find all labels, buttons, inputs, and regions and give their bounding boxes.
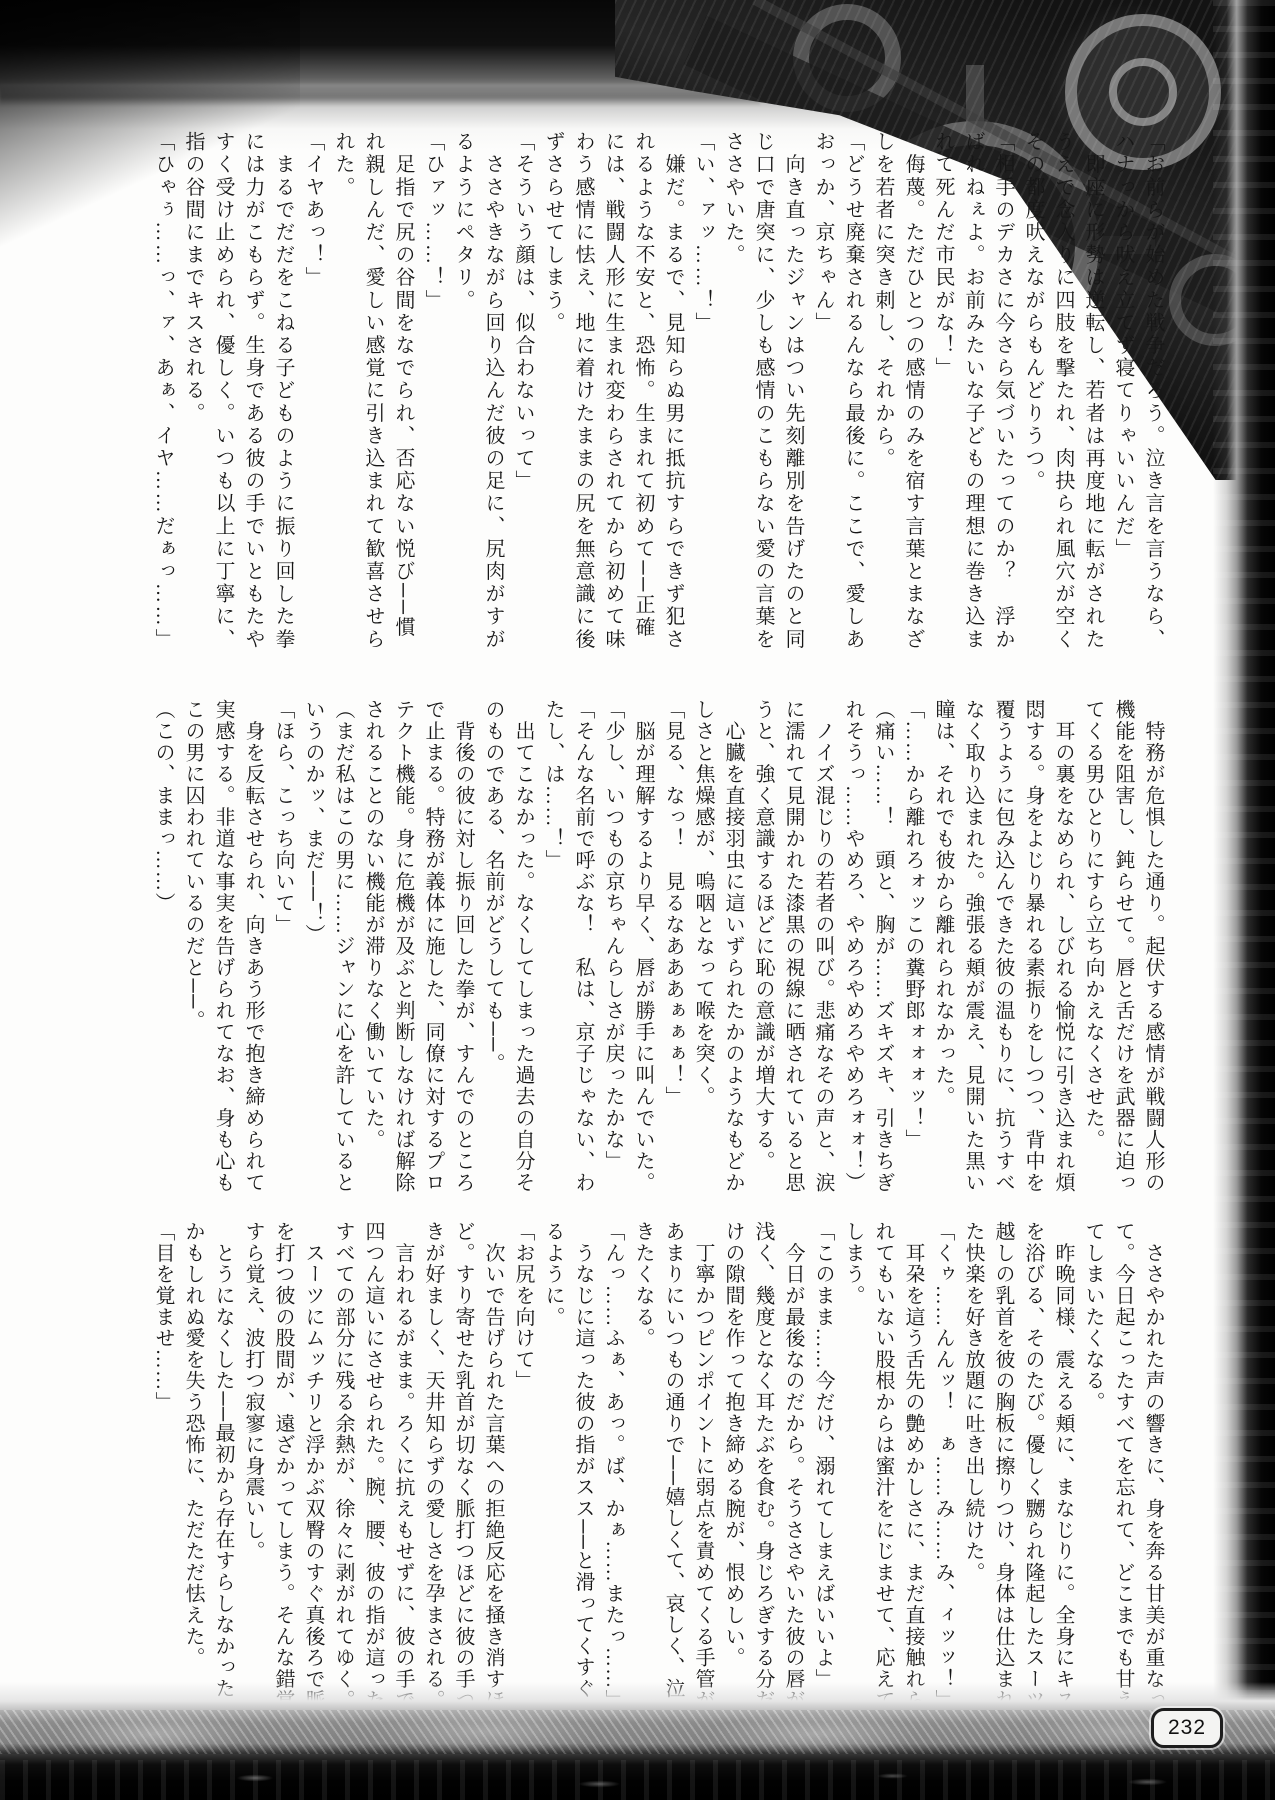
text-column: すべての部分に残る余熱が、徐々に剥がれてゆく。 [328,1221,358,1713]
text-column: （痛い……！ 頭と、胸が……ズキズキ、引きちぎ [868,699,898,1196]
text-column: 「ひァッ……！」 [418,131,448,661]
hatch-texture [0,1710,1275,1754]
top-border-pipe [0,84,760,106]
text-column: 次いで告げられた言葉への拒絶反応を掻き消すほ [478,1221,508,1713]
text-column: 「見る、なっ！ 見るなあああぁぁぁ！」 [658,699,688,1196]
text-column: れて死んだ市民がな！」 [928,131,958,661]
text-column: てしまいたくなる。 [1078,1221,1108,1713]
text-column: 言われるがまま。ろくに抗えもせずに、彼の手で [388,1221,418,1713]
text-column: 耳朶を這う舌先の艶めかしさに、まだ直接触れら [898,1221,928,1713]
text-band-top: 「お前らが始めた戦争だろう。泣き言を言うなら、ハナっから吠え立てず寝てりゃいいん… [148,131,1168,661]
lower-gear-icon [1175,260,1255,340]
text-column: 悶する。身をよじり暴れる素振りをしつつ、背中を [1018,699,1048,1196]
text-column: 「くゥ……んんッ！ ぁ……み……み、ィッッ！」 [928,1221,958,1713]
text-column: しを若者に突き刺し、それから。 [868,131,898,661]
text-column: まるでだだをこねる子どものように振り回した拳 [268,131,298,661]
text-column: ささやかれた声の響きに、身を奔る甘美が重なっ [1138,1221,1168,1713]
text-column: この男に囚われているのだと──。 [178,699,208,1196]
text-column: 心臓を直接羽虫に這いずられたかのようなもどか [718,699,748,1196]
small-gear-icon [801,12,893,104]
text-column: あまりにいつもの通りで──嬉しくて、哀しく、泣 [658,1221,688,1713]
text-column: 瞳は、それでも彼から離れられなかった。 [928,699,958,1196]
text-column: 侮蔑。ただひとつの感情のみを宿す言葉とまなざ [898,131,928,661]
text-band-bottom: ささやかれた声の響きに、身を奔る甘美が重なって。今日起こったすべてを忘れて、どこ… [148,1221,1168,1713]
text-column: 浅く、幾度となく耳たぶを食む。身じろぎする分だ [748,1221,778,1713]
text-column: れた。 [328,131,358,661]
text-column: テクト機能。身に危機が及ぶと判断しなければ解除 [388,699,418,1196]
text-column: 向き直ったジャンはつい先刻離別を告げたのと同 [778,131,808,661]
text-column: 即座に形勢は逆転し、若者は再度地に転がされた [1078,131,1108,661]
text-column: れそうっ……やめろ、やめろやめろやめろォォ！） [838,699,868,1196]
text-column: おっか、京ちゃん」 [808,131,838,661]
text-column: 「ひゃぅ……っ、ァ、あぁ、イヤ……だぁっ……」 [148,131,178,661]
text-column: 「そういう顔は、似合わないって」 [508,131,538,661]
text-column: で止まる。特務が義体に施した、同僚に対するプロ [418,699,448,1196]
text-column: とうになくした──最初から存在すらしなかった [208,1221,238,1713]
text-column: 「どうせ廃棄されるんなら最後に。ここで、愛しあ [838,131,868,661]
text-column: うなじに這った彼の指がスス──と滑ってくすぐ [568,1221,598,1713]
text-column: を打つ彼の股間が、遠ざかってしまう。そんな錯覚 [268,1221,298,1713]
text-column: わう感情に怯え、地に着けたままの尻を無意識に後 [568,131,598,661]
text-column: 耳の裏をなめられ、しびれる愉悦に引き込まれ煩 [1048,699,1078,1196]
text-column: には力がこもらず。生身である彼の手でいともたや [238,131,268,661]
text-column: すく受け止められ、優しく。いつも以上に丁寧に、 [208,131,238,661]
upper-gear-hub-icon [1113,62,1173,122]
text-column: スーツにムッチリと浮かぶ双臀のすぐ真後ろで脈 [298,1221,328,1713]
text-column: じ口で唐突に、少しも感情のこもらない愛の言葉を [748,131,778,661]
text-column: 四つん這いにさせられた。腕、腰、彼の指が這った [358,1221,388,1713]
text-column: れるような不安と、恐怖。生まれて初めて──正確 [628,131,658,661]
text-column: 脳が理解するより早く、唇が勝手に叫んでいた。 [628,699,658,1196]
book-page: 「お前らが始めた戦争だろう。泣き言を言うなら、ハナっから吠え立てず寝てりゃいいん… [0,0,1275,1800]
text-column: しまう。 [838,1221,868,1713]
text-column: のものである、名前がどうしても──。 [478,699,508,1196]
text-column: けの隙間を作って抱き締める腕が、恨めしい。 [718,1221,748,1713]
text-column: きたくなる。 [628,1221,658,1713]
page-number: 232 [1168,1716,1206,1740]
text-column: ずさらせてしまう。 [538,131,568,661]
text-column: に濡れて見開かれた漆黒の視線に晒されていると思 [778,699,808,1196]
text-column: 「このまま……今だけ、溺れてしまえばいいよ」 [808,1221,838,1713]
text-column: 「お前らが始めた戦争だろう。泣き言を言うなら、 [1138,131,1168,661]
text-column: るようにペタリ。 [448,131,478,661]
text-column: 丁寧かつピンポイントに弱点を責めてくる手管が [688,1221,718,1713]
text-column: きが好ましく、天井知らずの愛しさを孕まされる。 [418,1221,448,1713]
text-column: には、戦闘人形に生まれ変わらされてから初めて味 [598,131,628,661]
text-column: ささやいた。 [718,131,748,661]
text-column: て。今日起こったすべてを忘れて、どこまでも甘え [1108,1221,1138,1713]
text-column: うと、強く意識するほどに恥の意識が増大する。 [748,699,778,1196]
text-column: その都度吠えながらもんどりうつ。 [1018,131,1048,661]
text-column: いうのかッ、まだ──！） [298,699,328,1196]
text-column: てくる男ひとりにすら立ち向かえなくさせた。 [1078,699,1108,1196]
text-column: 嫌だ。まるで、見知らぬ男に抵抗すらできず犯さ [658,131,688,661]
text-band-middle: 特務が危惧した通り。起伏する感情が戦闘人形の機能を阻害し、鈍らせて。唇と舌だけを… [148,699,1168,1196]
text-column: 特務が危惧した通り。起伏する感情が戦闘人形の [1138,699,1168,1196]
text-column: た快楽を好き放題に吐き出し続けた。 [958,1221,988,1713]
text-column: ノイズ混じりの若者の叫び。悲痛なその声と、涙 [808,699,838,1196]
text-column: 「相手のデカさに今さら気づいたってのか？ 浮か [988,131,1018,661]
debris-texture [0,1760,1275,1800]
text-column: 「い、ァッ……！」 [688,131,718,661]
text-column: 機能を阻害し、鈍らせて。唇と舌だけを武器に迫っ [1108,699,1138,1196]
right-edge-binding [1213,0,1275,1800]
top-border-shadow [0,0,1275,150]
text-column: ハナっから吠え立てず寝てりゃいいんだ」 [1108,131,1138,661]
text-column: るように。 [538,1221,568,1713]
text-column: 背後の彼に対し振り回した拳が、すんでのところ [448,699,478,1196]
text-column: 「……から離れろォッこの糞野郎ォォォッ！」 [898,699,928,1196]
text-column: （まだ私はこの男に……ジャンに心を許していると [328,699,358,1196]
text-column: 昨晩同様、震える頬に、まなじりに。全身にキス [1048,1221,1078,1713]
text-column: 「目を覚ませ……」 [148,1221,178,1713]
text-column: 指の谷間にまでキスされる。 [178,131,208,661]
text-column: うえで念入りに四肢を撃たれ、肉抉られ風穴が空く [1048,131,1078,661]
text-column: （この、ままっ……） [148,699,178,1196]
text-column: すら覚え、波打つ寂寥に身震いし。 [238,1221,268,1713]
text-column: 出てこなかった。なくしてしまった過去の自分そ [508,699,538,1196]
text-column: たし、は……！」 [538,699,568,1196]
text-column: しさと焦燥感が、嗚咽となって喉を突く。 [688,699,718,1196]
text-column: なく取り込まれた。強張る頬が震え、見開いた黒い [958,699,988,1196]
text-column: 今日が最後なのだから。そうささやいた彼の唇が [778,1221,808,1713]
text-column: 覆うように包み込んできた彼の温もりに、抗うすべ [988,699,1018,1196]
text-column: を浴びる、そのたび。優しく嬲られ隆起したスーツ [1018,1221,1048,1713]
text-column: 身を反転させられ、向きあう形で抱き締められて [238,699,268,1196]
text-column: 「ほら、こっち向いて」 [268,699,298,1196]
text-column: 実感する。非道な事実を告げられてなお、身も心も [208,699,238,1196]
text-column: れてもいない股根からは蜜汁をにじませて、応えて [868,1221,898,1713]
text-column: 「少し、いつもの京ちゃんらしさが戻ったかな」 [598,699,628,1196]
text-column: かもしれぬ愛を失う恐怖に、ただただ怯えた。 [178,1221,208,1713]
text-column: れ親しんだ、愛しい感覚に引き込まれて歓喜させら [358,131,388,661]
text-column: 「お尻を向けて」 [508,1221,538,1713]
text-column: 「イヤあっ！」 [298,131,328,661]
text-column: ばれねぇよ。お前みたいな子どもの理想に巻き込ま [958,131,988,661]
text-column: 「そんな名前で呼ぶな！ 私は、京子じゃない、わ [568,699,598,1196]
text-column: 越しの乳首を彼の胸板に擦りつけ、身体は仕込まれ [988,1221,1018,1713]
text-column: 足指で尻の谷間をなでられ、否応ない悦び──慣 [388,131,418,661]
text-column: されることのない機能が滞りなく働いていた。 [358,699,388,1196]
page-number-badge: 232 [1151,1708,1223,1748]
text-column: ささやきながら回り込んだ彼の足に、尻肉がすが [478,131,508,661]
text-column: ど。すり寄せた乳首が切なく脈打つほどに彼の手つ [448,1221,478,1713]
text-column: 「んっ……ふぁ、あっ。ば、かぁ……またっ……」 [598,1221,628,1713]
